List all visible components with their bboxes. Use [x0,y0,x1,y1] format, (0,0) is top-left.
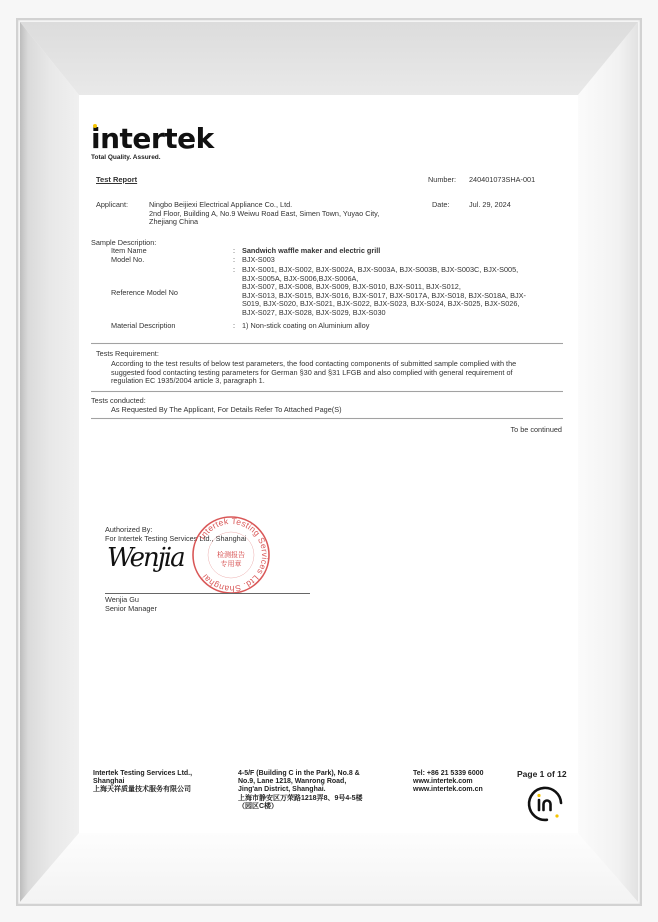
intertek-logo: intertek [91,125,214,153]
intertek-in-logo-icon [524,783,564,823]
footer-line: Intertek Testing Services Ltd., [93,770,192,778]
mat-left [20,22,79,902]
footer-line: Jing'an District, Shanghai. [238,786,362,794]
tests-requirement-heading: Tests Requirement: [96,350,159,359]
applicant-address-2: Zhejiang China [149,218,379,227]
asterisk-divider [91,390,563,393]
date-label: Date: [432,201,449,210]
applicant-details: Ningbo Beijiexi Electrical Appliance Co.… [149,201,379,227]
footer-website-cn-link[interactable]: www.intertek.com.cn [413,786,484,794]
tagline: Total Quality. Assured. [91,154,161,163]
mat-right [578,22,638,902]
footer-website-link[interactable]: www.intertek.com [413,778,484,786]
material-value: 1) Non-stick coating on Aluminium alloy [242,322,369,331]
footer-company: Intertek Testing Services Ltd., Shanghai… [93,770,192,795]
official-seal-stamp: Intertek Testing Services Ltd. Shanghai … [191,515,271,595]
asterisk-divider [91,342,563,345]
asterisk-divider [91,417,563,420]
mat-top [20,22,638,95]
number-label: Number: [428,176,456,185]
report-number: 240401073SHA-001 [469,176,535,185]
footer-line: No.9, Lane 1218, Wanrong Road, [238,778,362,786]
model-value: BJX-S003 [242,256,275,265]
footer-line: 4-5/F (Building C in the Park), No.8 & [238,770,362,778]
requirement-line: regulation EC 1935/2004 article 3, parag… [111,377,516,386]
colon: : [233,256,235,265]
footer-line: 上海市静安区万荣路1218弄8、9号4-5楼 [238,795,362,803]
reference-line: BJX-S027, BJX-S028, BJX-S029, BJX-S030 [242,309,526,318]
model-label: Model No. [111,256,144,265]
logo-text: intertek [91,122,214,155]
svg-text:检测报告: 检测报告 [217,550,245,559]
footer-phone: Tel: +86 21 5339 6000 [413,770,484,778]
reference-label: Reference Model No [111,289,178,298]
svg-text:专用章: 专用章 [221,559,242,568]
footer-address: 4-5/F (Building C in the Park), No.8 & N… [238,770,362,811]
footer-line: 上海天祥质量技术服务有限公司 [93,786,192,794]
reference-models: BJX-S001, BJX-S002, BJX-S002A, BJX-S003A… [242,266,526,318]
certificate-page: intertek Total Quality. Assured. Test Re… [79,95,578,833]
report-date: Jul. 29, 2024 [469,201,511,210]
colon: : [233,322,235,331]
applicant-label: Applicant: [96,201,128,210]
footer-contact: Tel: +86 21 5339 6000 www.intertek.com w… [413,770,484,795]
page-number: Page 1 of 12 [517,770,567,778]
signature: Wenjia [107,543,184,573]
mat-bottom [20,833,638,902]
report-title: Test Report [96,176,137,185]
footer-line: （园区C楼） [238,803,362,811]
colon: : [233,266,235,275]
tests-requirement-body: According to the test results of below t… [111,360,516,386]
tests-conducted-body: As Requested By The Applicant, For Detai… [111,406,342,415]
to-be-continued: To be continued [510,426,562,435]
logo-dot-icon [93,124,97,128]
signature-line [105,593,310,594]
material-label: Material Description [111,322,175,331]
signer-title: Senior Manager [105,605,157,614]
